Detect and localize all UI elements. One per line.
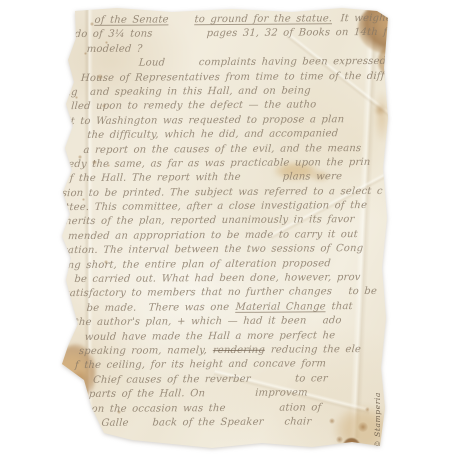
manuscript-text: complaints having been expressed by	[199, 56, 405, 68]
manuscript-text: chair	[284, 416, 312, 427]
manuscript-text: to be	[348, 286, 377, 297]
manuscript-text: merits of the plan, reported unanimously…	[62, 215, 355, 228]
manuscript-text: to ground for the statue.	[194, 13, 332, 25]
manuscript-text: ing	[61, 87, 78, 98]
manuscript-text: it to Washington was requested to propos…	[67, 114, 345, 127]
manuscript-text: sion to be printed. The subject was refe…	[61, 186, 383, 199]
manuscript-text: the difficulty, which he did, and accomp…	[87, 128, 339, 141]
stain	[60, 440, 71, 451]
manuscript-text: ittee. This committee, after a close inv…	[62, 200, 368, 213]
manuscript-text: satisfactory to members that no further …	[64, 287, 332, 300]
manuscript-text: would have made the Hall a more perfect …	[84, 330, 335, 343]
manuscript-text: rendering	[213, 345, 266, 356]
manuscript-lines: of the Senateto ground for the statue.It…	[61, 13, 390, 445]
manuscript-text: f the Hall. The report with the	[69, 172, 241, 184]
manuscript-text: mended an appropriation to be made to ca…	[68, 229, 358, 242]
manuscript-text: speaking room, namely,	[79, 345, 208, 357]
manuscript-text: reducing the ele	[271, 344, 362, 356]
manuscript-text: the author's plan, + which — had it been	[74, 316, 307, 329]
manuscript-text: modeled ?	[86, 43, 142, 54]
stain	[86, 426, 99, 439]
manuscript-text: back of the Speaker	[152, 417, 264, 429]
manuscript-text: ation of	[279, 402, 322, 413]
manuscript-text: pages 31, 32 of Books on 14th for a lobe	[206, 27, 438, 40]
manuscript-text: Material Change	[235, 301, 326, 313]
manuscript-text: nedy the same, as far as was practicable…	[61, 157, 371, 170]
manuscript-text: House of Representatives from time to ti…	[81, 70, 396, 83]
manuscript-text: to cer	[294, 373, 327, 384]
manuscript-text: There was one	[148, 302, 229, 314]
manuscript-text: a report on the causes of the evil, and …	[83, 143, 362, 156]
manuscript-text: that	[331, 301, 353, 312]
manuscript-text: Chief causes of the reverber	[93, 374, 251, 386]
paper-sheet: of the Senateto ground for the statue.It…	[62, 8, 388, 448]
manuscript-text: f the ceiling, for its height and concav…	[75, 359, 327, 372]
manuscript-text: tain parts of the Hall. On	[63, 388, 206, 400]
manuscript-text: It weighed	[340, 13, 399, 24]
manuscript-text: ado	[322, 315, 342, 326]
manuscript-text: and speaking in this Hall, and on being	[89, 85, 310, 98]
stamperia-watermark: © Stamperia	[373, 392, 385, 448]
manuscript-text: be made.	[86, 302, 137, 313]
aged-paper: of the Senateto ground for the statue.It…	[62, 8, 388, 448]
manuscript-text: cation. The interval between the two ses…	[62, 243, 364, 256]
manuscript-text: Loud	[138, 58, 165, 69]
manuscript-text: ade on the occasion was the	[67, 403, 226, 415]
manuscript-text: improvem	[255, 388, 308, 399]
scanned-letter-page: of the Senateto ground for the statue.It…	[0, 0, 456, 456]
manuscript-text: be carried out. What had been done, howe…	[74, 272, 361, 285]
manuscript-text: lled upon to remedy the defect — the aut…	[71, 100, 317, 113]
manuscript-text: ing short, the entire plan of alteration…	[64, 258, 331, 271]
manuscript-text: Galle	[101, 418, 129, 429]
manuscript-text: of the Senate	[94, 14, 169, 26]
manuscript-text: do of 3¼ tons	[74, 29, 153, 41]
manuscript-line: Galleback of the Speakerchair	[101, 416, 389, 432]
manuscript-text: plans were	[282, 171, 342, 182]
